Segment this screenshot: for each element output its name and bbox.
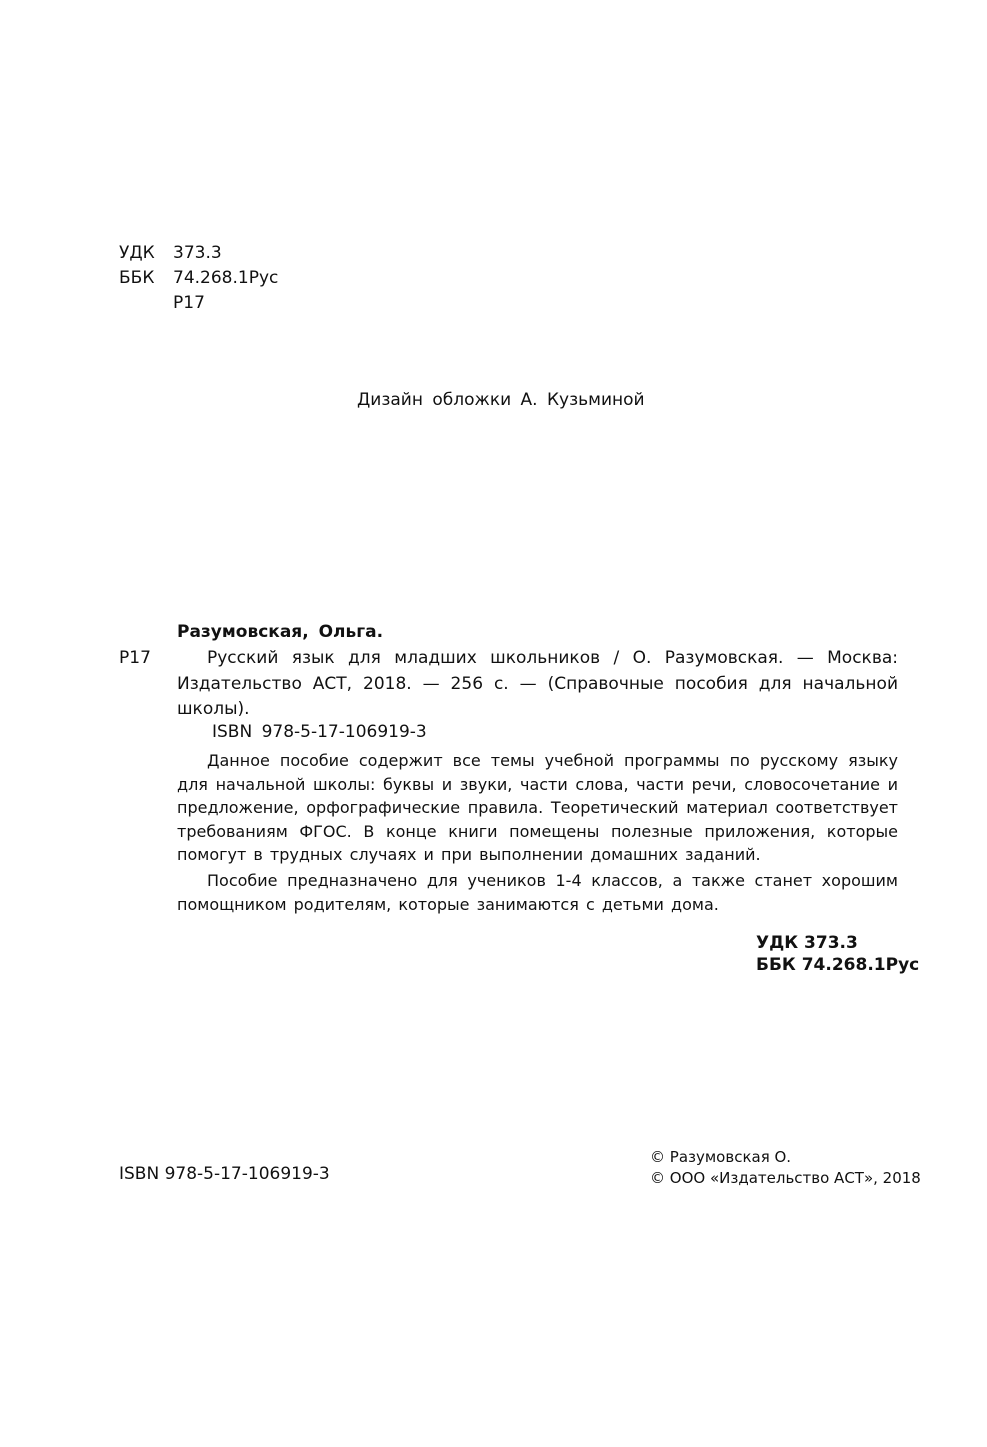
catalog-author-sign: Р17 (119, 648, 151, 668)
annotation-text-2: Пособие предназначено для учеников 1-4 к… (177, 869, 898, 916)
author-heading: Разумовская, Ольга. (177, 622, 383, 642)
bibliographic-description: Русский язык для младших школьников / О.… (177, 646, 898, 723)
udk-row: УДК 373.3 (119, 241, 278, 266)
copyright-author: © Разумовская О. (650, 1147, 921, 1168)
udk-label: УДК (119, 241, 173, 266)
catalog-bbk: ББК 74.268.1Рус (756, 954, 919, 976)
bbk-row: ББК 74.268.1Рус (119, 266, 278, 291)
classification-block: УДК 373.3 ББК 74.268.1Рус Р17 (119, 241, 278, 316)
footer-isbn: ISBN 978-5-17-106919-3 (119, 1164, 330, 1184)
annotation-text-1: Данное пособие содержит все темы учебной… (177, 749, 898, 867)
catalog-classification: УДК 373.3 ББК 74.268.1Рус (756, 932, 919, 976)
copyright-block: © Разумовская О. © ООО «Издательство АСТ… (650, 1147, 921, 1189)
udk-value: 373.3 (173, 241, 222, 266)
annotation-paragraph-1: Данное пособие содержит все темы учебной… (177, 749, 898, 867)
cover-design-credit: Дизайн обложки А. Кузьминой (357, 390, 645, 410)
author-sign-row: Р17 (119, 291, 278, 316)
author-sign: Р17 (173, 291, 205, 316)
catalog-isbn: ISBN 978-5-17-106919-3 (212, 722, 427, 742)
bbk-label: ББК (119, 266, 173, 291)
catalog-udk: УДК 373.3 (756, 932, 919, 954)
copyright-publisher: © ООО «Издательство АСТ», 2018 (650, 1168, 921, 1189)
annotation-paragraph-2: Пособие предназначено для учеников 1-4 к… (177, 869, 898, 916)
bibliographic-description-text: Русский язык для младших школьников / О.… (177, 646, 898, 723)
bbk-value: 74.268.1Рус (173, 266, 278, 291)
